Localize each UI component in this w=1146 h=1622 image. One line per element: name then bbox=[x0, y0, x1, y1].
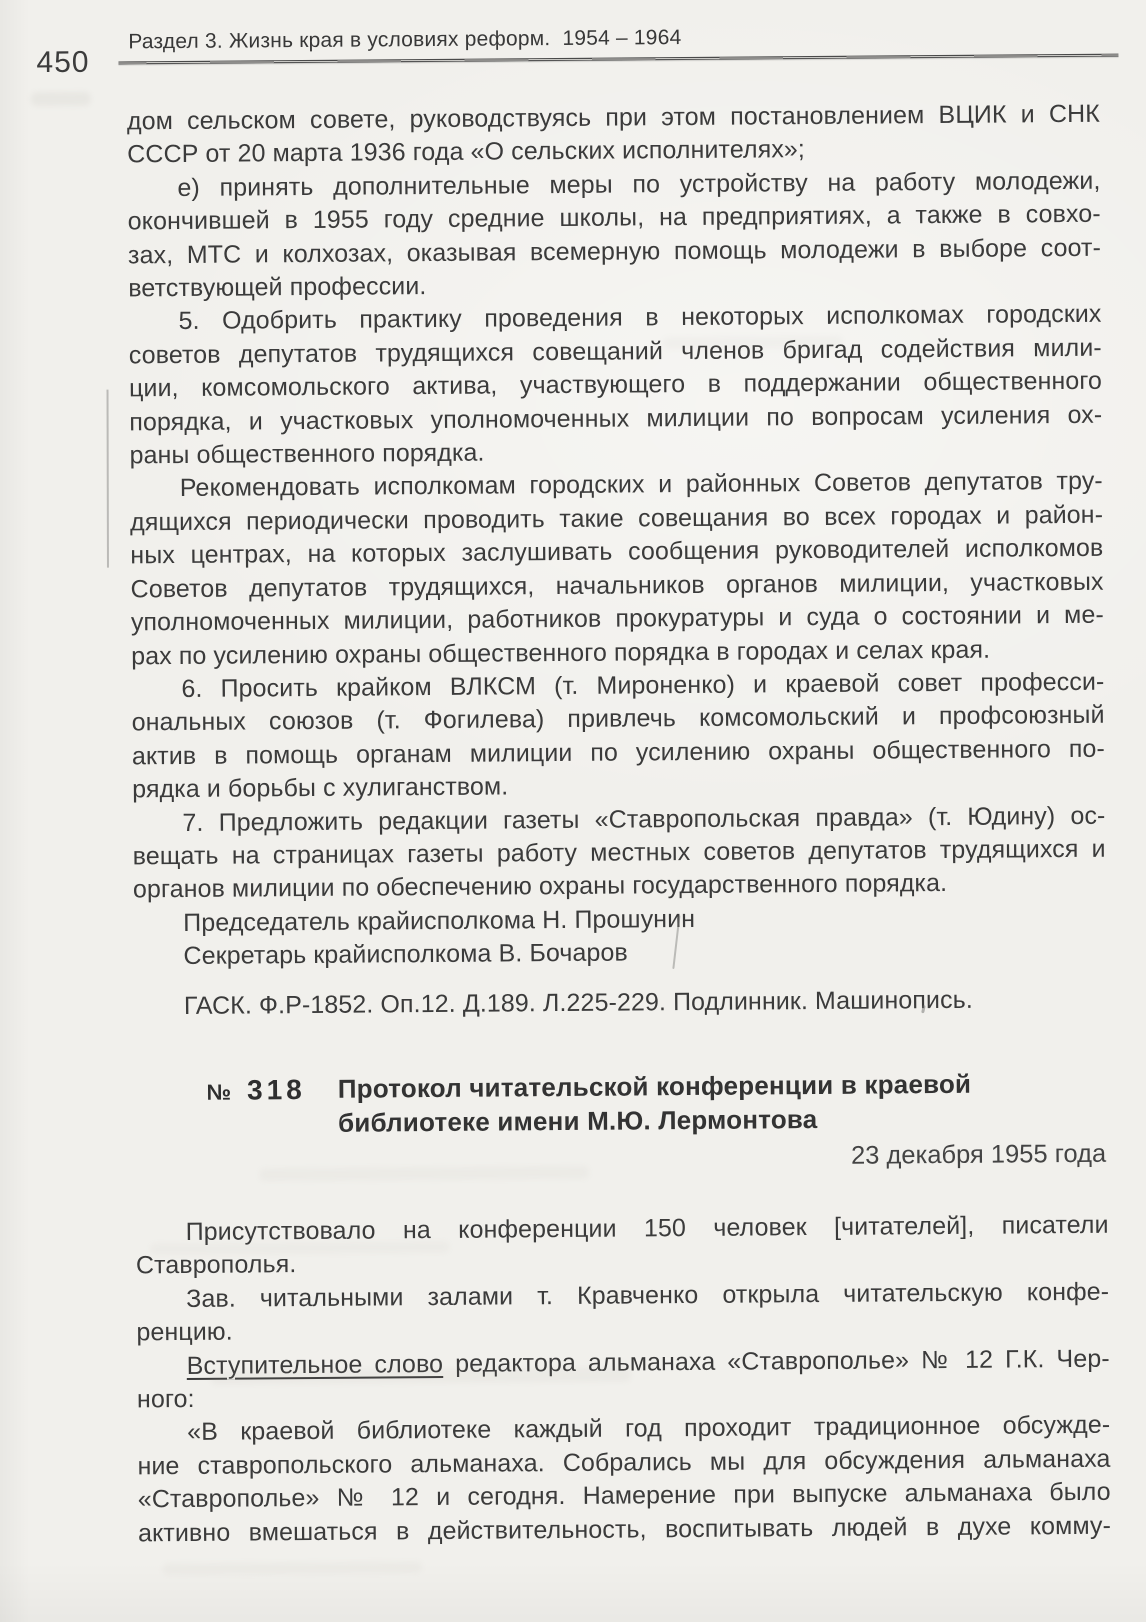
numero-sign: № bbox=[206, 1080, 231, 1106]
text-line: активно вмешаться в действительность, во… bbox=[138, 1509, 1111, 1550]
page-number: 450 bbox=[36, 46, 89, 80]
paragraph: дом сельском совете, руководствуясь при … bbox=[127, 98, 1100, 172]
scan-artifact-vertical-line bbox=[107, 390, 109, 568]
paragraph: 6. Просить крайком ВЛКСМ (т. Мироненко) … bbox=[131, 666, 1105, 807]
scan-artifact-bleedthrough bbox=[162, 1561, 422, 1575]
paragraph: Присутствовало на конференции 150 челове… bbox=[136, 1209, 1109, 1283]
document-date: 23 декабря 1955 года bbox=[135, 1140, 1108, 1177]
scan-content: 450 Раздел 3. Жизнь края в условиях рефо… bbox=[0, 0, 1146, 1622]
underlined-phrase: Вступительное слово bbox=[187, 1350, 444, 1380]
signature-secretary: Секретарь крайисполкома В. Бочаров bbox=[133, 933, 1106, 974]
document-title-line-1: Протокол читательской конференции в крае… bbox=[338, 1067, 972, 1106]
paragraph: Зав. читальными залами т. Кравченко откр… bbox=[136, 1276, 1109, 1350]
header-rule bbox=[118, 54, 1118, 65]
paragraph: «В краевой библиотеке каждый год проходи… bbox=[137, 1409, 1111, 1550]
paragraph: 7. Предложить редакции газеты «Ставропол… bbox=[132, 799, 1106, 907]
scan-artifact-bleedthrough bbox=[31, 92, 91, 106]
paragraph: 5. Одобрить практику проведения в некото… bbox=[128, 298, 1102, 473]
document-318-body: Присутствовало на конференции 150 челове… bbox=[136, 1209, 1112, 1551]
paragraph: Рекомендовать исполкомам городских и рай… bbox=[130, 465, 1105, 673]
archive-reference: ГАСК. Ф.Р-1852. Оп.12. Д.189. Л.225-229.… bbox=[134, 982, 1107, 1023]
signature-block: Председатель крайисполкома Н. Прошунин С… bbox=[133, 899, 1106, 973]
document-title-line-2: библиотеке имени М.Ю. Лермонтова bbox=[338, 1101, 972, 1140]
text-column: дом сельском совете, руководствуясь при … bbox=[127, 98, 1111, 1551]
document-317-continuation: дом сельском совете, руководствуясь при … bbox=[127, 98, 1106, 907]
document-number: 318 bbox=[247, 1074, 306, 1106]
scanned-book-page: 450 Раздел 3. Жизнь края в условиях рефо… bbox=[0, 0, 1146, 1622]
paragraph: Вступительное слово редактора альманаха … bbox=[137, 1342, 1110, 1416]
text-segment: редактора альманаха «Ставрополье» № 12 Г… bbox=[443, 1344, 1110, 1377]
document-318-heading: № 318 Протокол читательской конференции … bbox=[206, 1066, 1108, 1141]
running-head: Раздел 3. Жизнь края в условиях реформ. … bbox=[128, 26, 681, 54]
paragraph: е) принять дополнительные меры по устрой… bbox=[127, 165, 1101, 306]
document-title: Протокол читательской конференции в крае… bbox=[338, 1067, 972, 1140]
